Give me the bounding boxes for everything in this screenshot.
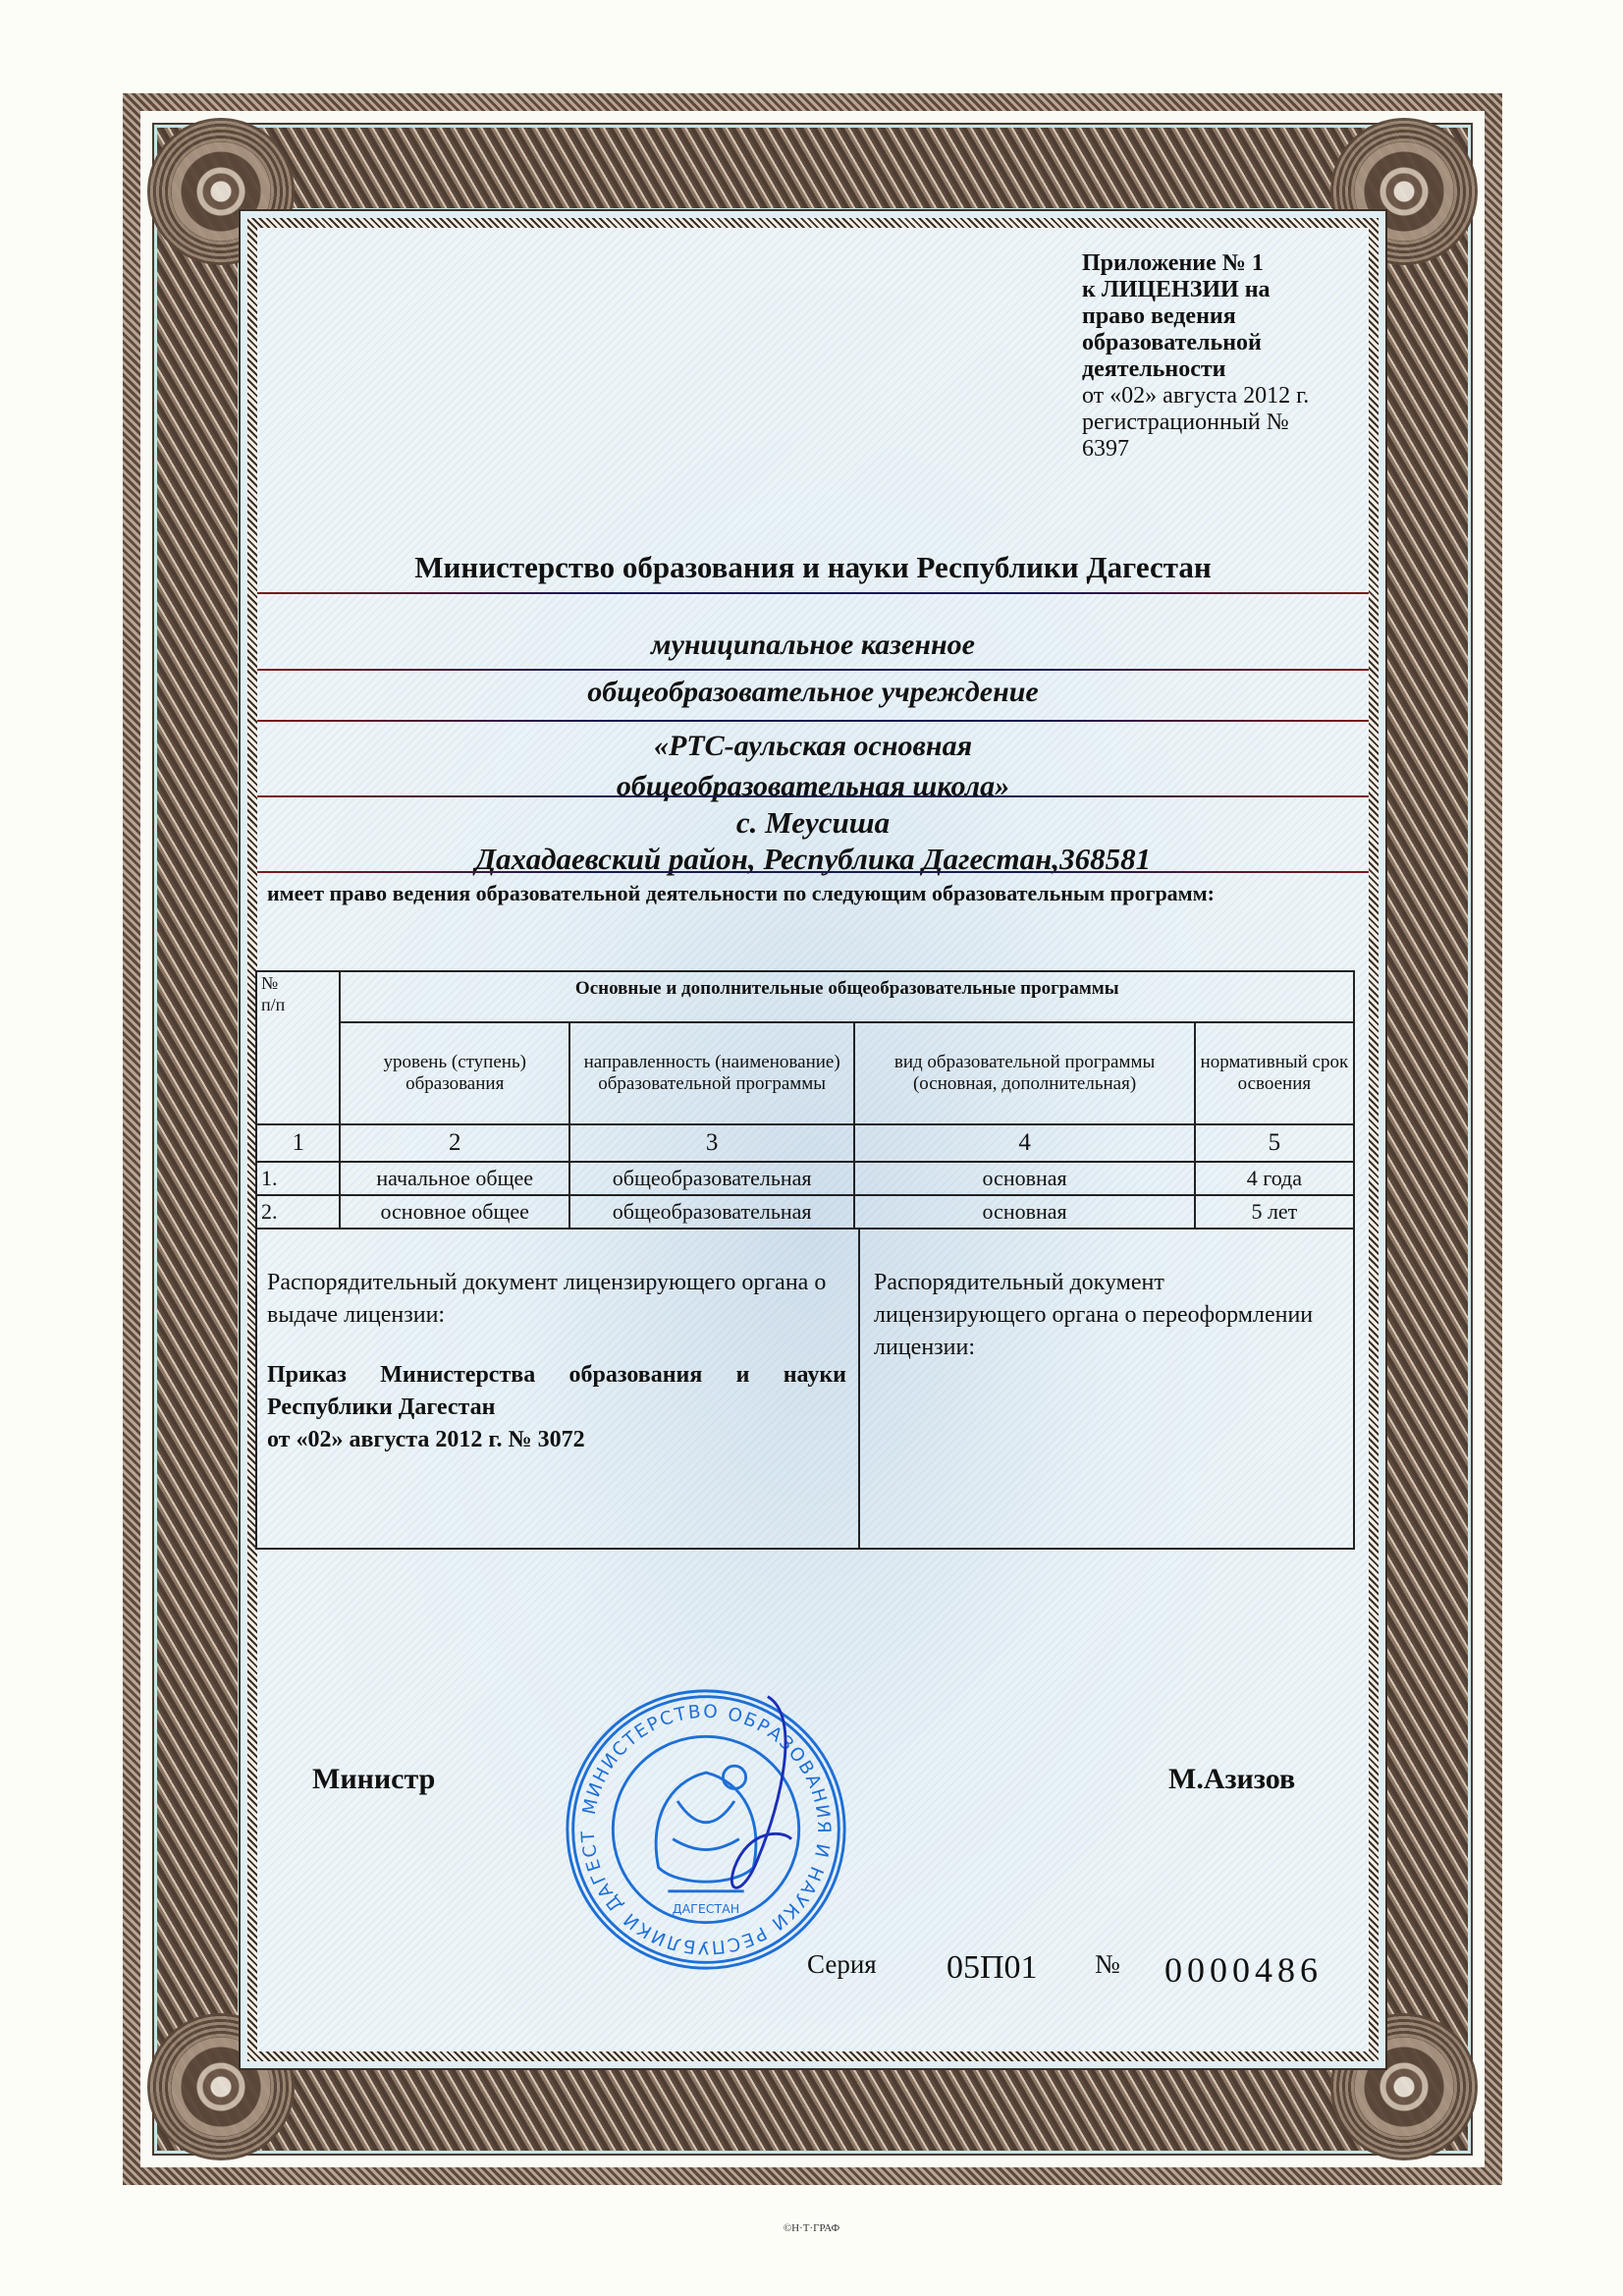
appendix-line: к ЛИЦЕНЗИИ на	[1082, 277, 1309, 303]
signatory-name: М.Азизов	[1168, 1763, 1295, 1796]
rights-statement: имеет право ведения образовательной деят…	[267, 880, 1347, 906]
reissue-label: Распорядительный документ лицензирующего…	[874, 1267, 1325, 1364]
index-cell: 4	[854, 1124, 1194, 1162]
documents-divider	[858, 1228, 860, 1548]
org-type-line2: общеобразовательное учреждение	[257, 676, 1369, 709]
appendix-line: право ведения	[1082, 303, 1309, 330]
reissue-document: Распорядительный документ лицензирующего…	[874, 1267, 1325, 1364]
official-stamp-icon: МИНИСТЕРСТВО ОБРАЗОВАНИЯ И НАУКИ РЕСПУБЛ…	[564, 1687, 848, 1972]
issue-order-title: Приказ Министерства образования и науки …	[267, 1359, 846, 1424]
org-name-line1: «РТС-аульская основная	[257, 730, 1369, 763]
table-row: 2. основное общее общеобразовательная ос…	[256, 1195, 1354, 1229]
table-row: 1. начальное общее общеобразовательная о…	[256, 1162, 1354, 1195]
programs-table: № п/п Основные и дополнительные общеобра…	[255, 970, 1355, 1230]
divider	[257, 592, 1369, 594]
appendix-line: деятельности	[1082, 356, 1309, 383]
cell-number: 2.	[256, 1195, 340, 1229]
cell-duration: 5 лет	[1195, 1195, 1354, 1229]
printer-mark: ©Н·Т·ГРАФ	[0, 2222, 1623, 2234]
cell-program-type: основная	[854, 1162, 1194, 1195]
divider	[257, 871, 1369, 873]
cell-program-type: основная	[854, 1195, 1194, 1229]
header-number: № п/п	[256, 971, 340, 1124]
cell-direction: общеобразовательная	[569, 1195, 854, 1229]
series-value: 05П01	[947, 1949, 1038, 1987]
index-cell: 5	[1195, 1124, 1354, 1162]
number-value: 0000486	[1164, 1949, 1323, 1991]
divider	[257, 720, 1369, 722]
org-address-line1: с. Меусиша	[257, 805, 1369, 841]
header-direction: направленность (наименование) образовате…	[569, 1022, 854, 1124]
appendix-line: Приложение № 1	[1082, 250, 1309, 277]
divider	[257, 669, 1369, 671]
series-label: Серия	[807, 1949, 877, 1980]
header-level: уровень (ступень) образования	[340, 1022, 568, 1124]
appendix-block: Приложение № 1 к ЛИЦЕНЗИИ на право веден…	[1082, 250, 1309, 463]
appendix-line: образовательной	[1082, 330, 1309, 356]
header-main: Основные и дополнительные общеобразовате…	[340, 971, 1354, 1022]
org-type-line1: муниципальное казенное	[257, 629, 1369, 662]
header-program-type: вид образовательной программы (основная,…	[854, 1022, 1194, 1124]
issue-order: Приказ Министерства образования и науки …	[267, 1359, 846, 1456]
signatory-position: Министр	[312, 1763, 435, 1796]
issue-label: Распорядительный документ лицензирующего…	[267, 1267, 846, 1332]
issue-document: Распорядительный документ лицензирующего…	[267, 1267, 846, 1456]
cell-number: 1.	[256, 1162, 340, 1195]
appendix-reg-label: регистрационный №	[1082, 410, 1309, 436]
index-cell: 2	[340, 1124, 568, 1162]
issue-order-date: от «02» августа 2012 г. № 3072	[267, 1424, 846, 1456]
org-name-line2: общеобразовательная школа»	[257, 770, 1369, 803]
cell-direction: общеобразовательная	[569, 1162, 854, 1195]
issuer-name: Министерство образования и науки Республ…	[257, 550, 1369, 585]
cell-level: основное общее	[340, 1195, 568, 1229]
divider	[257, 795, 1369, 797]
stamp-inner-text: ДАГЕСТАН	[673, 1901, 739, 1916]
index-row: 1 2 3 4 5	[256, 1124, 1354, 1162]
appendix-date: от «02» августа 2012 г.	[1082, 383, 1309, 410]
index-cell: 3	[569, 1124, 854, 1162]
number-label: №	[1095, 1949, 1120, 1980]
index-cell: 1	[256, 1124, 340, 1162]
appendix-reg-number: 6397	[1082, 436, 1309, 463]
cell-level: начальное общее	[340, 1162, 568, 1195]
cell-duration: 4 года	[1195, 1162, 1354, 1195]
header-duration: нормативный срок освоения	[1195, 1022, 1354, 1124]
